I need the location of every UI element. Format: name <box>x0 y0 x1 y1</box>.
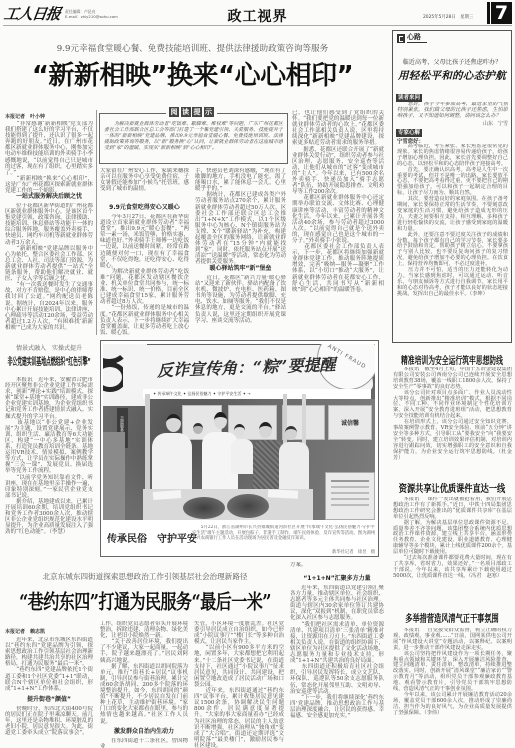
bottom-article-col1-text-a: 近年来，北京市东城区东四街道以“巷约东四”党建品牌为引领，探索思想政治工作引领基… <box>5 637 93 696</box>
xinlu-column-icon <box>397 34 405 43</box>
bottom-article-col1-text-b: 傍晚时分，东四北大街400号院的居民们正在院子里乘凉聊天。前几年，这里还是杂物堆… <box>5 706 93 748</box>
page-number-badge[interactable]: 7 <box>491 2 512 24</box>
main-article-kicker: 9.9元幸福食堂暖心餐、免费技能培训班、提供法律援助政策咨询等服务 <box>0 42 385 54</box>
main-article-subhead-3: 暖心驿站筑牢“新”堡垒 <box>195 265 286 273</box>
photo-person-body <box>231 439 253 474</box>
photo-caption-title: 传承民俗 守护平安 <box>107 530 197 545</box>
bottom-article-col2-text-b: 在东四街道十二条社区，曾因物业 <box>100 738 188 748</box>
main-article-col3-text-a: 手，快递员老刘深有感触，“现在有了歇脚的地方，手机没电了能充，渴了能喝口水，累了… <box>195 168 286 264</box>
reading-tip-label-char: 提 <box>192 107 202 117</box>
right-article-3-headline[interactable]: 多举措营造风清气正干事氛围 <box>392 612 512 626</box>
photo-person-head <box>214 412 227 429</box>
photo-person-head <box>166 414 181 432</box>
right-article-2-headline[interactable]: 资源共享让优质课件直达一线 <box>392 482 512 496</box>
photo-person-head <box>234 424 245 437</box>
photo-person-head <box>193 423 203 434</box>
photo-person-head <box>285 426 297 440</box>
bottom-article-subhead-2: 激发群众自治内生动力 <box>100 728 188 736</box>
page-number-bar <box>487 2 490 24</box>
side-article-text: 本报讯 近年来，安徽省合肥市经开区聚焦非公企业党建工作实际需求，创新“理论+实践… <box>5 377 93 557</box>
main-article-col1-text-a: “非常感谢‘新新相映’党支部为我们搭建了这么好的学习平台，不仅技能得到了提升，还… <box>5 121 93 194</box>
reader-signature: 山东 宁雪 <box>397 120 508 127</box>
reader-letter-text: 您好，孩子今年参加高考，最近家里的气氛特别紧张，我们做父母的比孩子还焦虑，生怕影… <box>397 102 508 120</box>
photo-credit: 新华社记者 徐昱 摄 <box>192 549 375 555</box>
main-article-headline[interactable]: “新新相映”换来“心心相印” <box>0 59 385 93</box>
bottom-article-col4-lead: 方案。 <box>290 562 384 569</box>
expert-answer-text: 高考临近，考生紧张、家长焦虑是很常见的现象。家长的焦虑情绪很容易传递给孩子，给孩… <box>397 144 508 339</box>
photo-info-board-lines <box>331 480 369 482</box>
photo-person-body <box>279 442 309 494</box>
reading-tip-text: 为解决新就业群体劳动者“吃饭难、歇脚难、维权难”等问题，广东广州花都区委社会工作… <box>104 121 283 152</box>
bottom-article-col3-text: 失管，小区环境一度脏乱差。社区党委引导居民成立自治组织，如今已形成“小院议事厅”… <box>194 621 284 748</box>
issue-date: 2025年5月28日 星期三 <box>423 14 473 20</box>
main-article-col4-text: 已，也让他们感受到了党组织的关怀。“我们要把党的温暖送到每一位新就业群体劳动者的… <box>292 110 384 335</box>
photo-poster-labeled: 诚信馨 <box>328 405 372 440</box>
reading-tip-label-char: 示 <box>204 107 214 117</box>
column-divider <box>96 110 97 335</box>
photo-zongzi-basket <box>183 497 225 519</box>
xinlu-column-title: 心路 <box>407 33 427 43</box>
main-article-subhead-2: 9.9元食堂吃得安心又暖心 <box>100 204 189 212</box>
side-article-headline[interactable]: 非公党建实训基地点燃组织“红色引擎” <box>3 355 95 369</box>
right-article-1-text: 本报讯 截至4月上旬，中国十五冶金建设集团有限公司安装公司西南分公司已连续开展安… <box>393 367 512 477</box>
reader-question-label: 读者来问 <box>396 94 422 102</box>
news-photo[interactable]: ANTI FRAUD 反诈宣传角：“粽”要提醒 ✦ 传承端午文化 ✦ 弘扬民俗魅… <box>103 344 375 520</box>
bottom-article-col2-text-a: 工作，组织党员志愿者带头开展环境整治，拆除违建、清理杂物、绿化美化，让老旧小院焕… <box>100 621 188 727</box>
right-article-3-text: 本报讯 “自觉接受群众监督，树立正确的权力观、政绩观、事业观……”日前，国网某供… <box>393 628 512 748</box>
xinlu-question: 临近高考，父母比孩子还焦虑咋办？ <box>392 57 512 66</box>
page-number: 7 <box>495 2 508 24</box>
reading-tip-label-char: 读 <box>181 107 191 117</box>
reading-tip-label-char: 阅 <box>169 107 179 117</box>
photo-person-body <box>152 433 192 493</box>
bottom-article-subhead-1: 提升街巷“颜值” <box>5 696 93 704</box>
photo-person-head <box>259 422 272 438</box>
xinlu-headline[interactable]: 用轻松平和的心态护航 <box>392 68 512 83</box>
bottom-article-headline[interactable]: “巷约东四”打通为民服务“最后一米” <box>0 586 290 615</box>
main-article-col2-text-b: 今年3月27日，花都区在新华街道设立首家新就业群体劳动者“幸福食堂”，推出9.9… <box>100 214 189 335</box>
bottom-article-byline: 本报记者 赖志凯 <box>5 628 45 635</box>
right-article-1-headline[interactable]: 精准培训为安全运行筑牢思想防线 <box>392 352 512 367</box>
bottom-article-col4-text: 近年来，东四街道以党建引领汇聚各方力量，推动辖区单位、社会组织、志愿者等多元主体… <box>290 585 384 748</box>
reading-tip-label: 阅 读 提 示 <box>166 107 217 117</box>
main-article-col1-text-b: 位于花都区新华街道的广州花都区新就业群体服务中心，是该区首个集党建引领、政策咨询… <box>5 203 93 335</box>
main-article-col3-text-b: 近日，花都区“新兴力量·暖心驿站”又迎来了新伙伴。驿站内配备了饮水机、微波炉、充… <box>195 275 286 335</box>
main-article-byline: 本报记者 叶小钟 <box>5 113 45 120</box>
main-article-subhead-1: 一站式服务解决后顾之忧 <box>5 193 93 201</box>
photo-person-edge <box>103 432 125 520</box>
photo-leaflet <box>268 489 298 499</box>
photo-caption-text: 5月22日，浙江省湖州市长兴县雉城街道河滨社区开展“传承端午文化·弘扬民俗魅力·… <box>192 525 375 548</box>
side-article-kicker: 情景式融入 实操式提升 <box>3 343 95 352</box>
bottom-article-kicker: 北京东城东四街道探索思想政治工作引领基层社会治理新路径 <box>0 571 290 582</box>
main-article-col2-text-a: 大家留在广州安心工作，家属来穗探亲可以在服务中心享受免费住宿，子女暑假还能参加“… <box>100 168 189 203</box>
photo-banner-strip: ✦ 传承端午文化 ✦ 弘扬民俗魅力 ✦ 守护平安生活 ✦ → <box>143 389 371 399</box>
bottom-article-subhead-3: “1+1+N”汇聚多方力量 <box>290 575 384 583</box>
expert-answer-label: 专家心解 <box>396 129 422 137</box>
right-article-2-text: 本报讯 “课件一发出就被抢着用，我们开展思想政治工作有了新抓手。”近日，中铁十四… <box>393 497 512 601</box>
header-divider <box>3 25 512 26</box>
photo-zongzi-basket <box>227 494 269 518</box>
